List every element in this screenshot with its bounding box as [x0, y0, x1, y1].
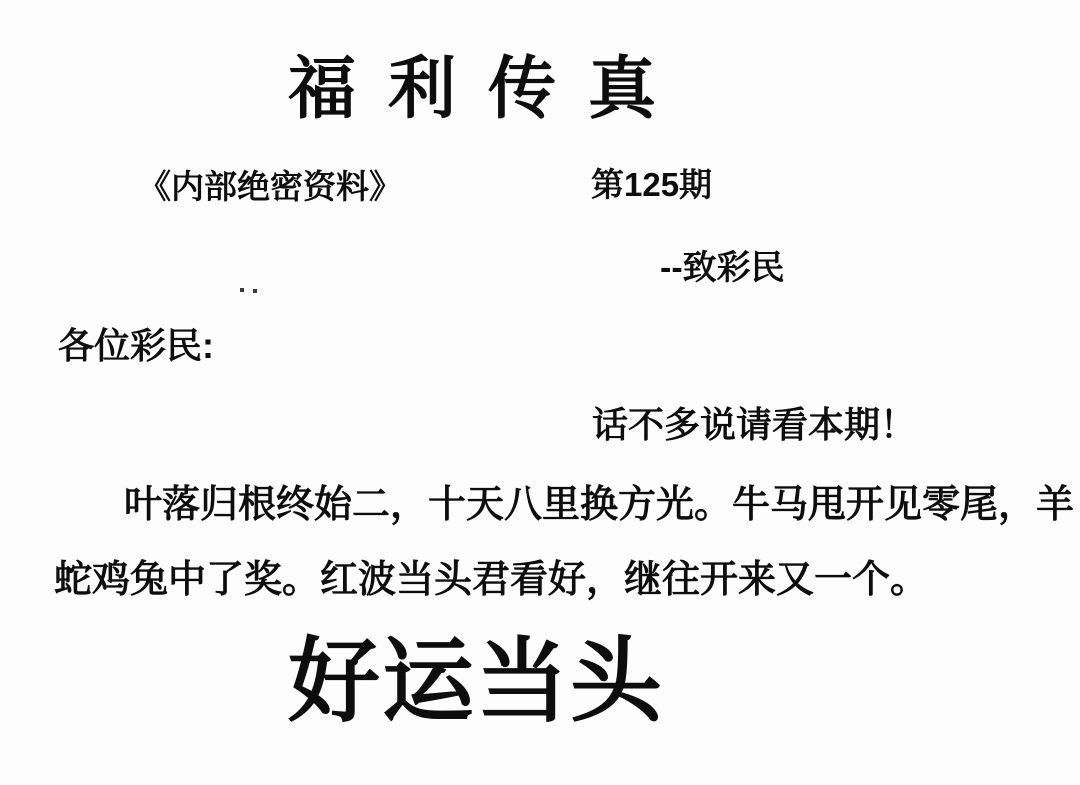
- intro-line: 话不多说请看本期！: [592, 405, 916, 445]
- issue-number: 第125期: [591, 167, 712, 203]
- page-title: 福利传真: [288, 52, 688, 127]
- classification-label: 《内部绝密资料》: [138, 169, 402, 205]
- highlight-phrase: 好运当头: [288, 632, 664, 733]
- dedication-line: --致彩民: [660, 250, 785, 287]
- scan-artifact-dot: [253, 289, 257, 293]
- scan-artifact-dot: [240, 288, 244, 292]
- salutation-line: 各位彩民:: [58, 326, 214, 366]
- document-page: 福利传真 《内部绝密资料》 第125期 --致彩民 各位彩民: 话不多说请看本期…: [0, 0, 1080, 785]
- verse-line-2: 蛇鸡兔中了奖。红波当头君看好，继往开来又一个。: [54, 560, 928, 602]
- verse-line-1: 叶落归根终始二，十天八里换方光。牛马甩开见零尾，羊: [124, 485, 1074, 527]
